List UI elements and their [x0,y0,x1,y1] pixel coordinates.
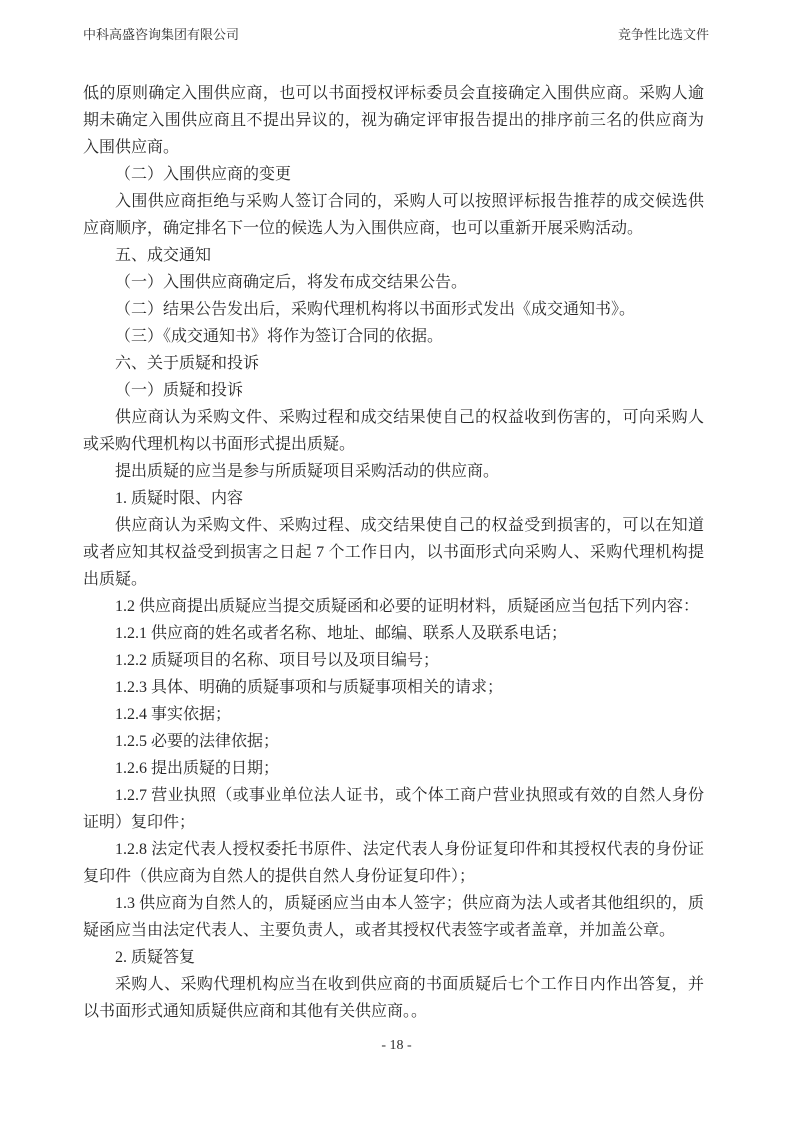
paragraph: 1.2.5 必要的法律依据； [83,728,704,755]
page-footer: - 18 - [0,1036,793,1056]
paragraph: 1.2.1 供应商的姓名或者名称、地址、邮编、联系人及联系电话； [83,620,704,647]
paragraph: 入围供应商拒绝与采购人签订合同的，采购人可以按照评标报告推荐的成交候选供应商顺序… [83,188,704,242]
paragraph: 1.3 供应商为自然人的，质疑函应当由本人签字；供应商为法人或者其他组织的，质疑… [83,890,704,944]
paragraph: 采购人、采购代理机构应当在收到供应商的书面质疑后七个工作日内作出答复，并以书面形… [83,971,704,1025]
paragraph: 1.2.4 事实依据； [83,701,704,728]
paragraph: 1.2.2 质疑项目的名称、项目号以及项目编号； [83,647,704,674]
paragraph: 2. 质疑答复 [83,944,704,971]
paragraph: 供应商认为采购文件、采购过程和成交结果使自己的权益收到伤害的，可向采购人或采购代… [83,404,704,458]
paragraph: （二）结果公告发出后，采购代理机构将以书面形式发出《成交通知书》。 [83,296,704,323]
paragraph: 六、关于质疑和投诉 [83,350,704,377]
paragraph: 1.2.3 具体、明确的质疑事项和与质疑事项相关的请求； [83,674,704,701]
paragraph: （一）质疑和投诉 [83,377,704,404]
paragraph: 1.2.7 营业执照（或事业单位法人证书，或个体工商户营业执照或有效的自然人身份… [83,782,704,836]
paragraph: （二）入围供应商的变更 [83,161,704,188]
document-page: 中科高盛咨询集团有限公司 竞争性比选文件 低的原则确定入围供应商，也可以书面授权… [0,0,793,1122]
paragraph: （三）《成交通知书》将作为签订合同的依据。 [83,323,704,350]
paragraph: 五、成交通知 [83,242,704,269]
paragraph: 低的原则确定入围供应商，也可以书面授权评标委员会直接确定入围供应商。采购人逾期未… [83,80,704,161]
paragraph: 提出质疑的应当是参与所质疑项目采购活动的供应商。 [83,458,704,485]
paragraph: 1.2 供应商提出质疑应当提交质疑函和必要的证明材料，质疑函应当包括下列内容： [83,593,704,620]
paragraph: 1. 质疑时限、内容 [83,485,704,512]
paragraph: （一）入围供应商确定后，将发布成交结果公告。 [83,269,704,296]
header-company-name: 中科高盛咨询集团有限公司 [83,26,239,44]
document-body: 低的原则确定入围供应商，也可以书面授权评标委员会直接确定入围供应商。采购人逾期未… [83,80,704,1025]
page-number: - 18 - [381,1038,411,1053]
header-document-type: 竞争性比选文件 [618,26,709,44]
page-header: 中科高盛咨询集团有限公司 竞争性比选文件 [83,26,709,44]
paragraph: 供应商认为采购文件、采购过程、成交结果使自己的权益受到损害的，可以在知道或者应知… [83,512,704,593]
paragraph: 1.2.6 提出质疑的日期； [83,755,704,782]
paragraph: 1.2.8 法定代表人授权委托书原件、法定代表人身份证复印件和其授权代表的身份证… [83,836,704,890]
